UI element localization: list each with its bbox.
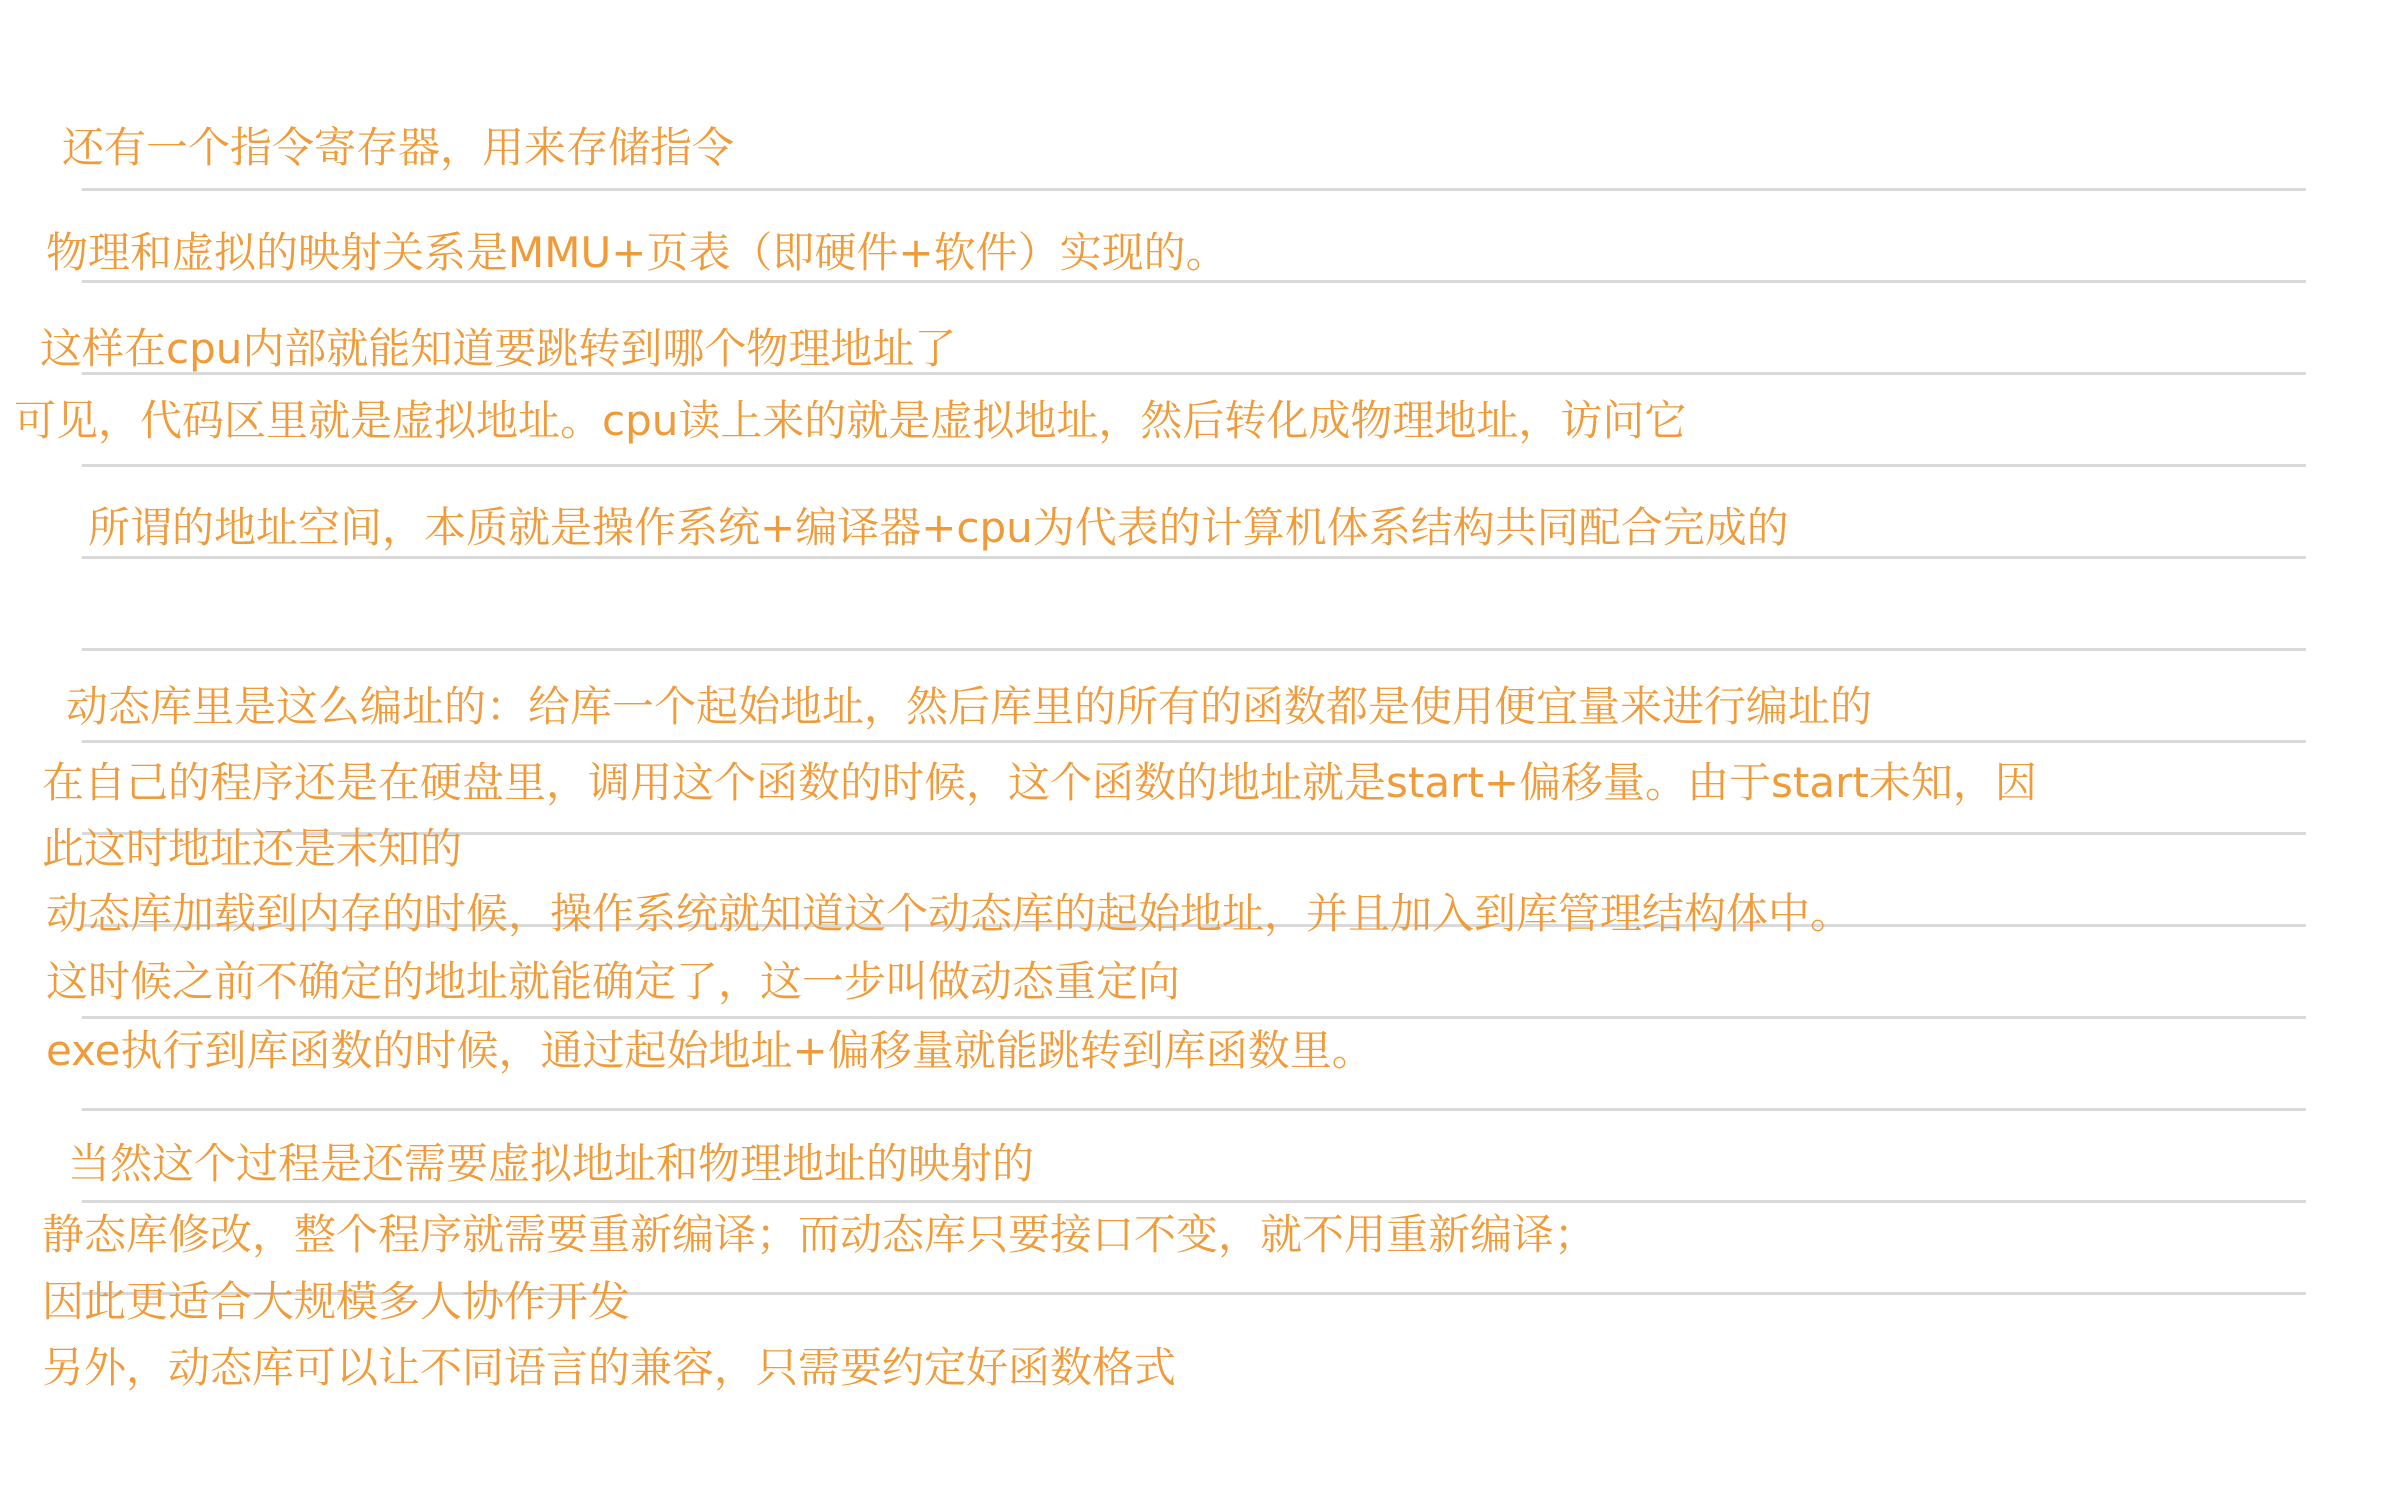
note-line-mapping-required: 当然这个过程是还需要虚拟地址和物理地址的映射的 — [68, 1139, 1034, 1189]
note-line-address-unknown: 此这时地址还是未知的 — [42, 824, 462, 874]
note-line-mmu-page-table: 物理和虚拟的映射关系是MMU+页表（即硬件+软件）实现的。 — [46, 228, 1228, 278]
note-line-exe-jump: exe执行到库函数的时候，通过起始地址+偏移量就能跳转到库函数里。 — [46, 1026, 1374, 1076]
ruled-line — [82, 648, 2306, 651]
ruled-line — [82, 280, 2306, 283]
note-line-static-vs-dynamic: 静态库修改，整个程序就需要重新编译；而动态库只要接口不变，就不用重新编译； — [42, 1210, 1596, 1260]
note-line-cpu-jump: 这样在cpu内部就能知道要跳转到哪个物理地址了 — [40, 324, 956, 374]
note-line-dynamic-relocation: 这时候之前不确定的地址就能确定了，这一步叫做动态重定向 — [46, 957, 1180, 1007]
ruled-line — [82, 464, 2306, 467]
ruled-line — [82, 1108, 2306, 1111]
note-line-instruction-register: 还有一个指令寄存器，用来存储指令 — [62, 123, 734, 173]
ruled-line — [82, 740, 2306, 743]
note-line-dll-addressing: 动态库里是这么编址的：给库一个起始地址，然后库里的所有的函数都是使用便宜量来进行… — [66, 682, 1872, 732]
note-line-collaboration: 因此更适合大规模多人协作开发 — [42, 1277, 630, 1327]
ruled-line — [82, 1016, 2306, 1019]
note-line-dll-load: 动态库加载到内存的时候，操作系统就知道这个动态库的起始地址，并且加入到库管理结构… — [46, 889, 1852, 939]
note-line-start-offset: 在自己的程序还是在硬盘里，调用这个函数的时候，这个函数的地址就是start+偏移… — [42, 758, 2037, 808]
note-line-address-space: 所谓的地址空间，本质就是操作系统+编译器+cpu为代表的计算机体系结构共同配合完… — [88, 503, 1789, 553]
ruled-line — [82, 1200, 2306, 1203]
note-line-language-compat: 另外，动态库可以让不同语言的兼容，只需要约定好函数格式 — [42, 1343, 1176, 1393]
ruled-line — [82, 556, 2306, 559]
ruled-line — [82, 188, 2306, 191]
note-line-virtual-address-code: 可见，代码区里就是虚拟地址。cpu读上来的就是虚拟地址，然后转化成物理地址，访问… — [14, 396, 1686, 446]
